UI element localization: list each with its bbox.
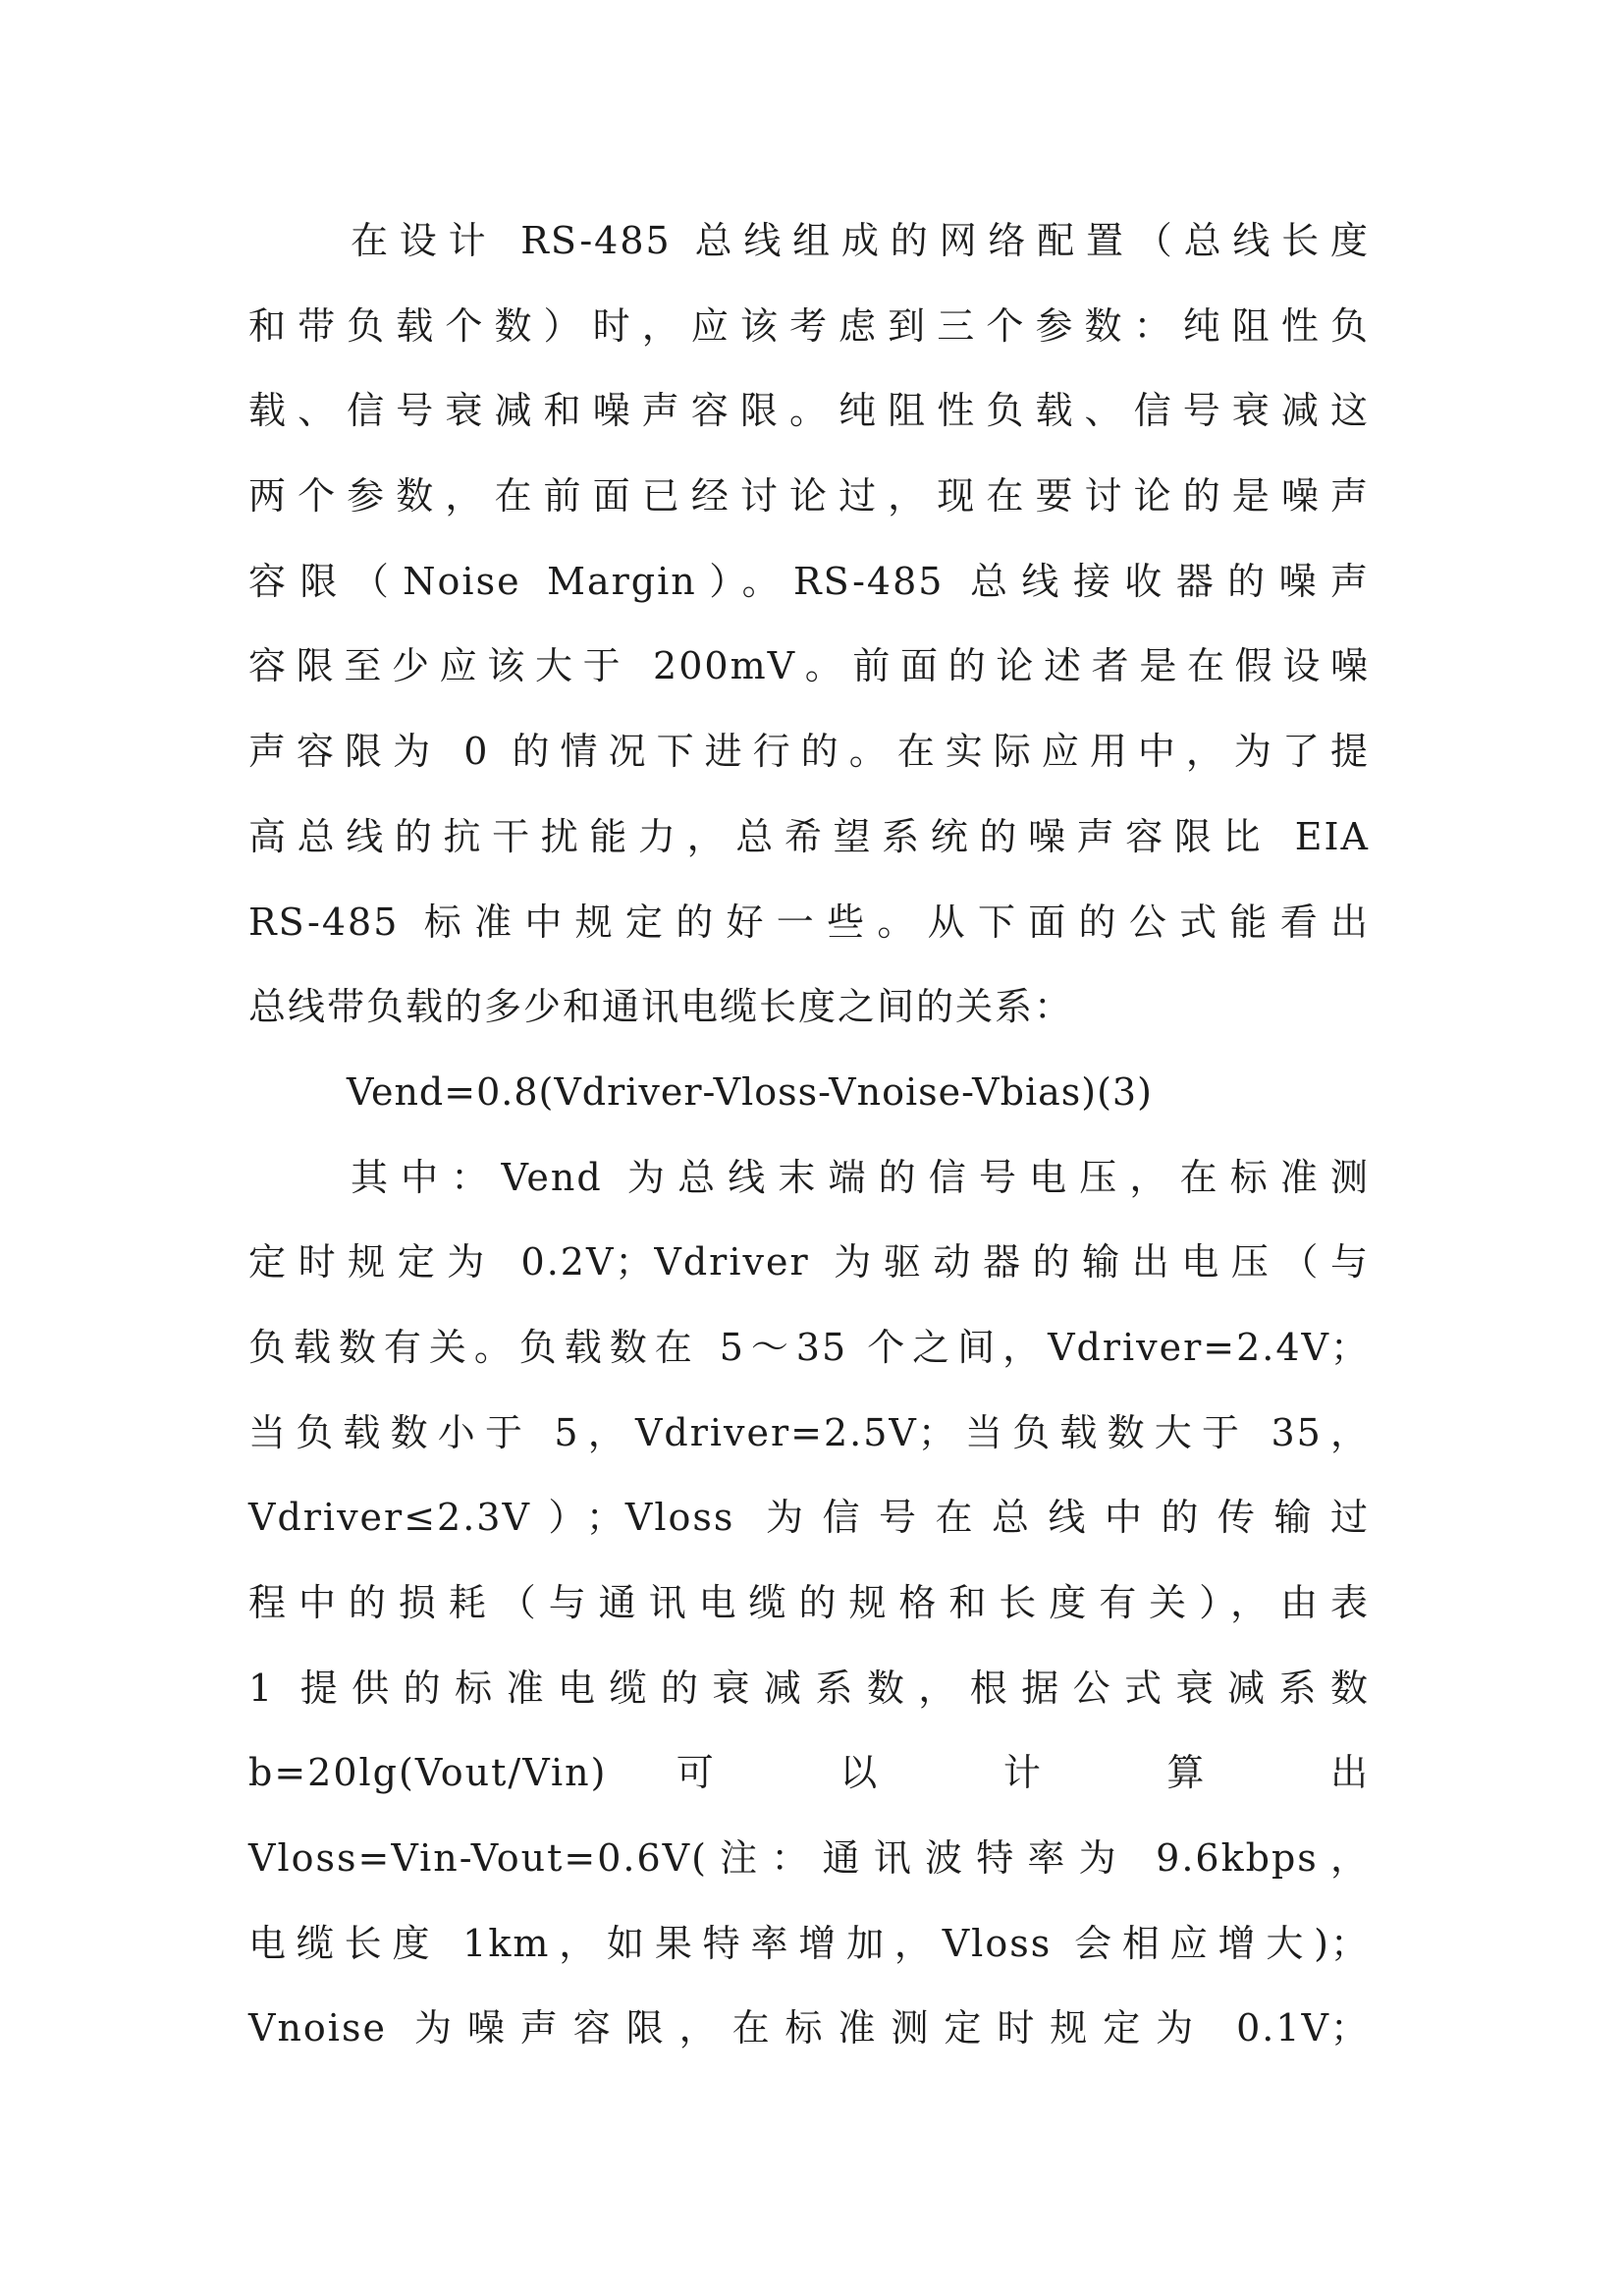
paragraph-2-line-8: b=20lg(Vout/Vin) 可 以 计 算 出 — [248, 1730, 1370, 1816]
body-text: 在设计 RS-485 总线组成的网络配置（总线长度 和带负载个数）时，应该考虑到… — [248, 198, 1370, 2071]
paragraph-1-line-10: 总线带负载的多少和通讯电缆长度之间的关系： — [248, 964, 1370, 1050]
paragraph-1-line-4: 两个参数，在前面已经讨论过，现在要讨论的是噪声 — [248, 454, 1370, 539]
paragraph-1-line-5: 容限（Noise Margin）。RS-485 总线接收器的噪声 — [248, 539, 1370, 625]
paragraph-2-line-10: 电缆长度 1km，如果特率增加，Vloss 会相应增大)； — [248, 1901, 1370, 1987]
paragraph-2-line-2: 定时规定为 0.2V；Vdriver 为驱动器的输出电压（与 — [248, 1220, 1370, 1305]
paragraph-2-line-6: 程中的损耗（与通讯电缆的规格和长度有关），由表 — [248, 1560, 1370, 1646]
document-page: 在设计 RS-485 总线组成的网络配置（总线长度 和带负载个数）时，应该考虑到… — [0, 0, 1623, 2296]
paragraph-2-line-5: Vdriver≤2.3V）；Vloss 为信号在总线中的传输过 — [248, 1475, 1370, 1560]
paragraph-2-line-1: 其中：Vend 为总线末端的信号电压，在标准测 — [248, 1135, 1370, 1221]
paragraph-1-line-8: 高总线的抗干扰能力，总希望系统的噪声容限比 EIA — [248, 794, 1370, 880]
formula-vend: Vend=0.8(Vdriver-Vloss-Vnoise-Vbias)(3) — [248, 1050, 1370, 1135]
paragraph-1-line-1: 在设计 RS-485 总线组成的网络配置（总线长度 — [248, 198, 1370, 284]
paragraph-2-line-4: 当负载数小于 5，Vdriver=2.5V；当负载数大于 35， — [248, 1391, 1370, 1476]
paragraph-1-line-2: 和带负载个数）时，应该考虑到三个参数：纯阻性负 — [248, 284, 1370, 369]
paragraph-2-line-9: Vloss=Vin-Vout=0.6V(注：通讯波特率为 9.6kbps， — [248, 1816, 1370, 1901]
paragraph-1-line-6: 容限至少应该大于 200mV。前面的论述者是在假设噪 — [248, 624, 1370, 709]
paragraph-2-line-11: Vnoise 为噪声容限，在标准测定时规定为 0.1V； — [248, 1986, 1370, 2071]
paragraph-1-line-7: 声容限为 0 的情况下进行的。在实际应用中，为了提 — [248, 709, 1370, 794]
paragraph-2-line-3: 负载数有关。负载数在 5～35 个之间，Vdriver=2.4V； — [248, 1305, 1370, 1391]
paragraph-2-line-7: 1 提供的标准电缆的衰减系数，根据公式衰减系数 — [248, 1646, 1370, 1731]
paragraph-1-line-3: 载、信号衰减和噪声容限。纯阻性负载、信号衰减这 — [248, 368, 1370, 454]
paragraph-1-line-9: RS-485 标准中规定的好一些。从下面的公式能看出 — [248, 880, 1370, 965]
